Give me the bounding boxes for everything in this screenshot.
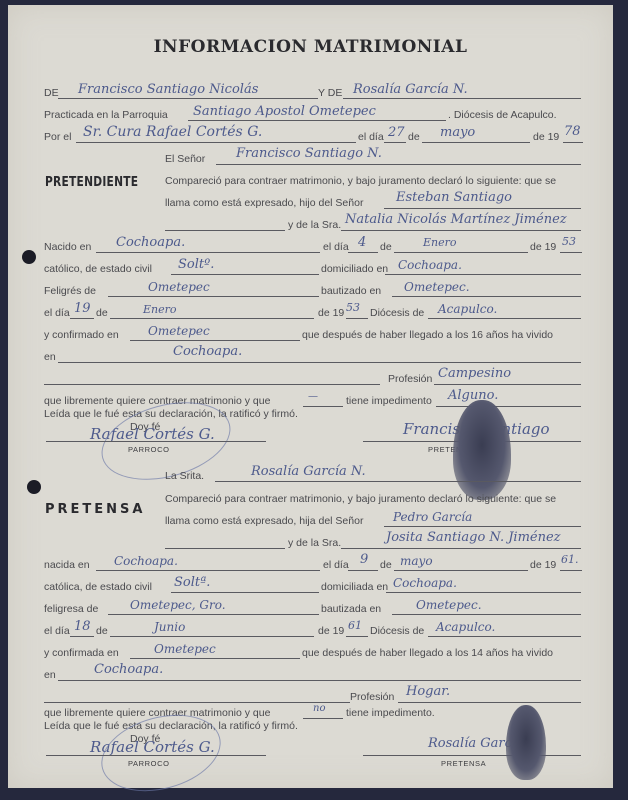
groom-lived-in: Cochoapa. — [173, 345, 242, 359]
bapt-el-dia-label: el día — [44, 307, 70, 319]
parroquia-line — [188, 120, 446, 121]
month-line — [394, 252, 528, 253]
groom-civil-status: Soltº. — [178, 258, 214, 272]
domiciliado-label: domiciliado en — [321, 263, 388, 275]
groom-birth-year: 53 — [562, 235, 576, 249]
bride-bapt-diocese-line — [428, 636, 581, 637]
pretensa-line — [363, 755, 581, 756]
bride-bapt-month-line — [110, 636, 314, 637]
bride-profession: Hogar. — [406, 685, 450, 699]
binder-hole — [22, 250, 36, 264]
bride-no-mark: no — [313, 702, 325, 716]
no-line — [303, 406, 343, 407]
llama-text-2: llama como está expresado, hija del Seño… — [165, 515, 363, 527]
document-title: INFORMACION MATRIMONIAL — [8, 37, 613, 57]
por-el-label: Por el — [44, 131, 71, 143]
de-19-label: de 19 — [530, 241, 556, 253]
groom-feligres: Ometepec — [148, 280, 210, 294]
el-senor-label: El Señor — [165, 153, 205, 165]
bapt-de-label: de — [96, 307, 108, 319]
profession-line — [434, 384, 581, 385]
bride-father-line — [384, 526, 581, 527]
pretensa-caption: PRETENSA — [441, 759, 486, 768]
feligres-label: Feligrés de — [44, 285, 96, 297]
bapt-month-line — [110, 318, 314, 319]
groom-birthplace: Cochoapa. — [116, 236, 185, 250]
groom-father: Esteban Santiago — [396, 191, 512, 205]
bautizada-label: bautizada en — [321, 603, 381, 615]
groom-birth-month: Enero — [423, 236, 457, 250]
nacida-label: nacida en — [44, 559, 90, 571]
groom-name-line — [58, 98, 318, 99]
de-label-3: de — [380, 559, 392, 571]
y-de-la-sra-label-2: y de la Sra. — [288, 537, 341, 549]
de-label-2: de — [408, 131, 420, 143]
bride-bapt-month: Junio — [154, 620, 185, 634]
bride-bapt-year: 61 — [348, 619, 362, 633]
blank-line-3 — [165, 548, 285, 549]
catolica-label: católica, de estado civil — [44, 581, 152, 593]
blank-line-2 — [44, 384, 380, 385]
bride-birth-year: 61. — [561, 553, 579, 567]
month-line — [422, 142, 530, 143]
bride-birthplace-line — [96, 570, 320, 571]
la-srita-label: La Srita. — [165, 470, 204, 482]
bride-confirmed-line — [130, 658, 300, 659]
parroco-line — [46, 441, 266, 442]
bride-birthplace: Cochoapa. — [114, 554, 178, 568]
groom-mother: Natalia Nicolás Martínez Jiménez — [345, 213, 567, 227]
document-page: INFORMACION MATRIMONIAL DE Francisco San… — [8, 5, 613, 788]
tiene-impedimento: tiene impedimento — [346, 395, 432, 407]
groom-full-name: Francisco Santiago N. — [236, 147, 382, 161]
el-dia-label: el día — [323, 241, 349, 253]
bride-year-line — [560, 570, 582, 571]
groom-birth-day: 4 — [358, 236, 366, 250]
baptized-line — [392, 296, 581, 297]
father-line — [384, 208, 581, 209]
day: 27 — [388, 126, 405, 140]
impediment-line — [436, 406, 581, 407]
blank-line — [165, 230, 285, 231]
nacido-label: Nacido en — [44, 241, 91, 253]
bautizado-label: bautizado en — [321, 285, 381, 297]
parroco-caption: PARROCO — [128, 445, 170, 454]
year-line — [563, 142, 583, 143]
despues-text-2: que después de haber llegado a los 14 añ… — [302, 647, 553, 659]
profesion-label-2: Profesión — [350, 691, 394, 703]
mother-line — [341, 230, 581, 231]
bride-line — [215, 481, 581, 482]
bride-month-line — [394, 570, 528, 571]
bride-bapt-day: 18 — [74, 620, 91, 634]
year-line — [560, 252, 582, 253]
bapt-diocesis-label: Diócesis de — [370, 307, 424, 319]
bride-father: Pedro García — [393, 510, 472, 524]
groom-line — [216, 164, 581, 165]
feligres-line — [108, 296, 319, 297]
bapt-year-line — [346, 318, 368, 319]
pretendiente-section-label: PRETENDIENTE — [45, 175, 138, 190]
tiene-impedimento-2: tiene impedimento. — [346, 707, 435, 719]
bride-bapt-el-dia-label: el día — [44, 625, 70, 637]
el-dia-label: el día — [358, 131, 384, 143]
bride-full-name: Rosalía García N. — [251, 465, 366, 479]
parroco-caption-2: PARROCO — [128, 759, 170, 768]
groom-profession: Campesino — [438, 367, 511, 381]
groom-baptized-in: Ometepec. — [404, 280, 470, 294]
bride-name-line — [343, 98, 581, 99]
bride-domicile: Cochoapa. — [393, 576, 457, 590]
pretensa-section-label: PRETENSA — [45, 502, 145, 517]
bride-lived-in: Cochoapa. — [94, 663, 163, 677]
bride-name: Rosalía García N. — [353, 83, 468, 97]
lived-line — [58, 362, 581, 363]
blank-line-4 — [44, 702, 350, 703]
bride-profession-line — [398, 702, 581, 703]
groom-thumbprint — [453, 400, 511, 500]
confirmed-line — [130, 340, 300, 341]
llama-text: llama como está expresado, hijo del Seño… — [165, 197, 363, 209]
groom-bapt-month: Enero — [143, 303, 177, 317]
birthplace-line — [96, 252, 320, 253]
bride-bapt-diocese: Acapulco. — [436, 620, 495, 634]
bride-mother: Josita Santiago N. Jiménez — [386, 531, 561, 545]
groom-no-mark: — — [308, 390, 318, 404]
bride-baptized-in: Ometepec. — [416, 598, 482, 612]
y-de-la-sra-label: y de la Sra. — [288, 219, 341, 231]
bride-birth-month: mayo — [400, 554, 433, 568]
day-line — [384, 142, 406, 143]
practicada-label: Practicada en la Parroquia — [44, 109, 168, 121]
bride-day-line — [348, 570, 378, 571]
bride-baptized-line — [392, 614, 581, 615]
bride-feligresa: Ometepec, Gro. — [130, 598, 226, 612]
domiciliada-label: domiciliada en — [321, 581, 388, 593]
confirmado-label: y confirmado en — [44, 329, 119, 341]
bapt-diocese-line — [428, 318, 581, 319]
bride-civil-status: Soltª. — [174, 576, 210, 590]
en-label-2: en — [44, 669, 56, 681]
groom-bapt-year: 53 — [346, 301, 360, 315]
parroquia: Santiago Apostol Ometepec — [193, 105, 376, 119]
catolico-label: católico, de estado civil — [44, 263, 152, 275]
bapt-de-19-label: de 19 — [318, 307, 344, 319]
confirmada-label: y confirmada en — [44, 647, 119, 659]
diocesis-label: . Diócesis de Acapulco. — [448, 109, 557, 121]
groom-domicile: Cochoapa. — [398, 258, 462, 272]
domicile-line — [385, 274, 581, 275]
bride-civil-line — [171, 592, 319, 593]
groom-bapt-day: 19 — [74, 302, 91, 316]
month: mayo — [440, 126, 475, 140]
bride-bapt-diocesis-label: Diócesis de — [370, 625, 424, 637]
bride-thumbprint — [506, 705, 546, 780]
parroco-line-2 — [46, 755, 266, 756]
bride-no-line — [303, 718, 343, 719]
bride-domicile-line — [386, 592, 581, 593]
feligresa-label: feligresa de — [44, 603, 98, 615]
profesion-label: Profesión — [388, 373, 432, 385]
civil-line — [171, 274, 319, 275]
bride-confirmed-in: Ometepec — [154, 642, 216, 656]
officiant-line — [76, 142, 356, 143]
de-label: DE — [44, 87, 59, 99]
bapt-day-line — [70, 318, 94, 319]
groom-confirmed-in: Ometepec — [148, 324, 210, 338]
y-de-label: Y DE — [318, 87, 342, 99]
despues-text: que después de haber llegado a los 16 añ… — [302, 329, 553, 341]
comparecio-text-2: Compareció para contraer matrimonio, y b… — [165, 493, 556, 505]
comparecio-text: Compareció para contraer matrimonio, y b… — [165, 175, 556, 187]
el-dia-label-2: el día — [323, 559, 349, 571]
bride-lived-line — [58, 680, 581, 681]
bride-feligresa-line — [108, 614, 319, 615]
bride-birth-day: 9 — [360, 553, 368, 567]
bride-bapt-year-line — [346, 636, 368, 637]
en-label: en — [44, 351, 56, 363]
groom-bapt-diocese: Acapulco. — [438, 302, 497, 316]
officiant: Sr. Cura Rafael Cortés G. — [83, 125, 262, 139]
bride-bapt-de-label: de — [96, 625, 108, 637]
binder-hole — [27, 480, 41, 494]
de-19-label-2: de 19 — [530, 559, 556, 571]
de-label: de — [380, 241, 392, 253]
bride-bapt-de-19-label: de 19 — [318, 625, 344, 637]
groom-name: Francisco Santiago Nicolás — [78, 83, 258, 97]
de-19-label: de 19 — [533, 131, 559, 143]
bride-bapt-day-line — [70, 636, 94, 637]
bride-mother-line — [341, 548, 581, 549]
day-line — [348, 252, 378, 253]
year-suffix: 78 — [564, 125, 581, 139]
